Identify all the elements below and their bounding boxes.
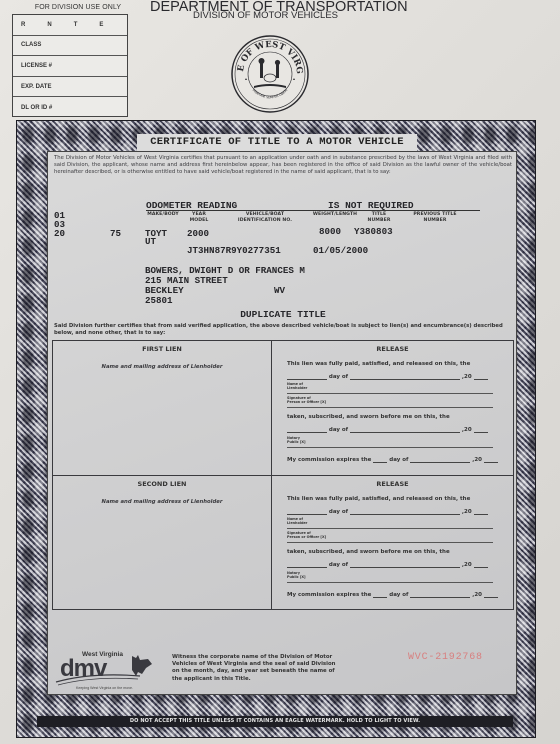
col-weight-length: WEIGHT/LENGTH [310, 212, 360, 218]
first-release-date-line: day of ,20 [287, 374, 488, 380]
vehicle-year: 2000 [187, 228, 209, 239]
issue-date: 01/05/2000 [313, 245, 368, 256]
dl-id-field: DL OR ID # [13, 97, 127, 118]
intro-paragraph: The Division of Motor Vehicles of West V… [54, 155, 512, 177]
svg-text:dmv: dmv [60, 655, 108, 682]
first-release-day-field[interactable] [287, 374, 327, 380]
second-lien-row: SECOND LIEN Name and mailing address of … [53, 475, 513, 609]
first-release-paid: This lien was fully paid, satisfied, and… [287, 361, 470, 367]
second-sworn-month-field[interactable] [350, 562, 460, 568]
second-commission-month-field[interactable] [410, 592, 470, 598]
first-lien-subheading: Name and mailing address of Lienholder [53, 364, 271, 370]
serial-number: WVC-2192768 [408, 652, 483, 663]
first-sworn-date-line: day of ,20 [287, 427, 488, 433]
license-field: LICENSE # [13, 56, 127, 77]
first-commission-line: My commission expires the day of ,20 [287, 457, 498, 463]
rnte-e: E [99, 22, 103, 28]
first-release-heading: RELEASE [272, 345, 513, 353]
witness-statement: Witness the corporate name of the Divisi… [172, 654, 342, 683]
second-sworn-date-line: day of ,20 [287, 562, 488, 568]
rnte-n: N [47, 22, 51, 28]
date-code-3: 20 [54, 228, 65, 239]
first-sworn-month-field[interactable] [350, 427, 460, 433]
vehicle-vin: JT3HN87R9Y0277351 [187, 245, 281, 256]
second-release-day-field[interactable] [287, 509, 327, 515]
second-release-cell: RELEASE This lien was fully paid, satisf… [272, 476, 513, 609]
second-lien-subheading: Name and mailing address of Lienholder [53, 499, 271, 505]
certificate-body: The Division of Motor Vehicles of West V… [47, 151, 517, 695]
second-lien-heading: SECOND LIEN [53, 480, 271, 488]
second-sworn-year-field[interactable] [474, 562, 488, 568]
first-commission-day-field[interactable] [373, 457, 387, 463]
title-number: Y380803 [354, 226, 393, 237]
owner-state: WV [274, 285, 285, 296]
first-signature-field[interactable]: Signature of Person or Officer [X] [287, 397, 493, 408]
first-lienholder-name-field[interactable]: Name of Lienholder [287, 383, 493, 394]
second-release-year-field[interactable] [474, 509, 488, 515]
col-vin: VEHICLE/BOAT IDENTIFICATION NO. [230, 212, 300, 223]
first-sworn-year-field[interactable] [474, 427, 488, 433]
second-notary-field[interactable]: Notary Public [X] [287, 572, 493, 583]
second-release-date-line: day of ,20 [287, 509, 488, 515]
second-commission-day-field[interactable] [373, 592, 387, 598]
first-commission-month-field[interactable] [410, 457, 470, 463]
first-sworn-day-field[interactable] [287, 427, 327, 433]
first-release-month-field[interactable] [350, 374, 460, 380]
second-commission-line: My commission expires the day of ,20 [287, 592, 498, 598]
exp-date-field: EXP. DATE [13, 77, 127, 98]
col-previous-title: PREVIOUS TITLE NUMBER [410, 212, 460, 223]
vehicle-body: UT [145, 236, 156, 247]
col-make-body: MAKE/BODY [143, 212, 183, 218]
lien-statement: Said Division further certifies that fro… [54, 323, 512, 338]
col-year-model: YEAR MODEL [188, 212, 210, 223]
day-of-label: day of [329, 374, 348, 380]
first-sworn: taken, subscribed, and sworn before me o… [287, 414, 450, 420]
vehicle-weight: 8000 [319, 226, 341, 237]
year-prefix: ,20 [462, 374, 472, 380]
watermark-warning: DO NOT ACCEPT THIS TITLE UNLESS IT CONTA… [37, 716, 513, 727]
code-75: 75 [110, 228, 121, 239]
certificate-border: CERTIFICATE OF TITLE TO A MOTOR VEHICLE … [16, 120, 536, 738]
rnte-row: R N T E [13, 15, 127, 36]
second-release-paid: This lien was fully paid, satisfied, and… [287, 496, 470, 502]
first-release-year-field[interactable] [474, 374, 488, 380]
svg-text:Keeping West Virginia on the m: Keeping West Virginia on the move. [76, 686, 133, 690]
first-commission-year-field[interactable] [484, 457, 498, 463]
first-lien-cell: FIRST LIEN Name and mailing address of L… [53, 341, 272, 475]
duplicate-title: DUPLICATE TITLE [48, 309, 518, 320]
certificate-title: CERTIFICATE OF TITLE TO A MOTOR VEHICLE [137, 134, 417, 151]
second-release-month-field[interactable] [350, 509, 460, 515]
first-notary-field[interactable]: Notary Public [X] [287, 437, 493, 448]
second-lienholder-name-field[interactable]: Name of Lienholder [287, 518, 493, 529]
second-commission-year-field[interactable] [484, 592, 498, 598]
first-lien-row: FIRST LIEN Name and mailing address of L… [53, 341, 513, 475]
dmv-logo-icon: West Virginia dmv Keeping West Virginia … [52, 644, 167, 692]
second-release-heading: RELEASE [272, 480, 513, 488]
second-sworn: taken, subscribed, and sworn before me o… [287, 549, 450, 555]
division-use-box: R N T E CLASS LICENSE # EXP. DATE DL OR … [12, 14, 128, 117]
owner-zip: 25801 [145, 295, 173, 306]
lien-table: FIRST LIEN Name and mailing address of L… [52, 340, 514, 610]
class-field: CLASS [13, 36, 127, 57]
first-release-cell: RELEASE This lien was fully paid, satisf… [272, 341, 513, 475]
second-sworn-day-field[interactable] [287, 562, 327, 568]
rnte-r: R [21, 22, 25, 28]
second-lien-cell: SECOND LIEN Name and mailing address of … [53, 476, 272, 609]
second-signature-field[interactable]: Signature of Person or Officer [X] [287, 532, 493, 543]
division-title: DIVISION OF MOTOR VEHICLES [193, 10, 338, 21]
rnte-t: T [74, 22, 78, 28]
first-lien-heading: FIRST LIEN [53, 345, 271, 353]
division-use-title: FOR DIVISION USE ONLY [28, 4, 128, 11]
col-title-number: TITLE NUMBER [364, 212, 394, 223]
header-rule [146, 210, 480, 211]
state-seal-icon: STATE OF WEST VIRGINIA MONTANI SEMPER LI… [230, 34, 310, 114]
